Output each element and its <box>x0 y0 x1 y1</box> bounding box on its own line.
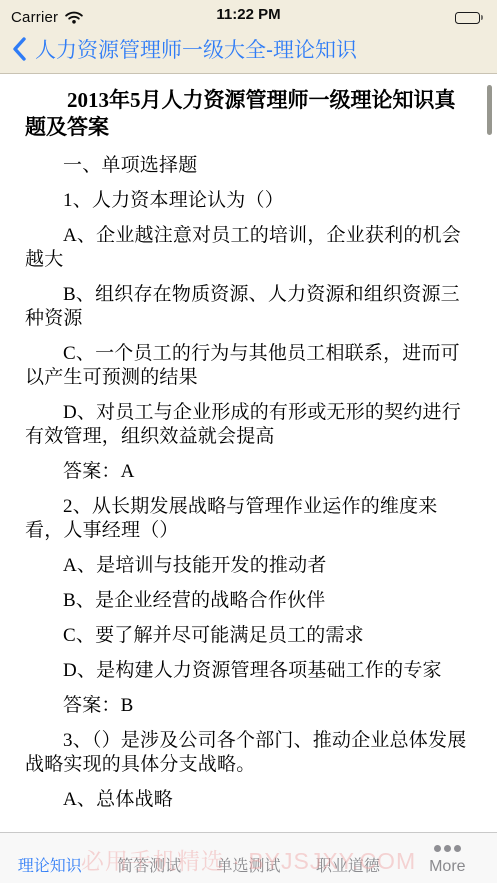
document-paragraph: C、一个员工的行为与其他员工相联系，进而可以产生可预测的结果 <box>25 342 470 390</box>
document-paragraph: B、组织存在物质资源、人力资源和组织资源三种资源 <box>25 283 470 331</box>
status-time: 11:22 PM <box>0 6 497 23</box>
document-paragraph: 3、（）是涉及公司各个部门、推动企业总体发展战略实现的具体分支战略。 <box>25 729 470 777</box>
document-paragraph: D、是构建人力资源管理各项基础工作的专家 <box>25 659 470 683</box>
tab-label: 职业道德 <box>298 853 397 876</box>
scrollbar-thumb[interactable] <box>487 85 492 135</box>
tab-bar: 理论知识简答测试单选测试职业道德More <box>0 832 497 883</box>
tab-label: 简答测试 <box>99 853 198 876</box>
document-title: 2013年5月人力资源管理师一级理论知识真题及答案 <box>25 87 470 141</box>
tab-professional-ethics[interactable]: 职业道德 <box>298 833 397 883</box>
tab-single-choice-test[interactable]: 单选测试 <box>199 833 298 883</box>
document-paragraph: 答案：A <box>25 460 470 484</box>
tab-theory-knowledge[interactable]: 理论知识 <box>0 833 99 883</box>
nav-title: 人力资源管理师一级大全-理论知识 <box>35 38 357 64</box>
tab-more[interactable]: More <box>398 833 497 883</box>
chevron-left-icon <box>12 37 26 66</box>
tab-label: 单选测试 <box>199 853 298 876</box>
document: 2013年5月人力资源管理师一级理论知识真题及答案 一、单项选择题1、人力资本理… <box>0 75 497 832</box>
document-paragraph: B、是企业经营的战略合作伙伴 <box>25 589 470 613</box>
document-paragraph: D、对员工与企业形成的有形或无形的契约进行有效管理，组织效益就会提高 <box>25 401 470 449</box>
document-paragraph: A、是培训与技能开发的推动者 <box>25 554 470 578</box>
document-paragraph: A、企业越注意对员工的培训，企业获利的机会越大 <box>25 224 470 272</box>
app-window: Carrier 11:22 PM 人力资源管理师一级大全-理论知识 2013年5 <box>0 0 497 883</box>
back-button[interactable] <box>12 37 26 66</box>
tab-short-answer-test[interactable]: 简答测试 <box>99 833 198 883</box>
document-paragraph: 一、单项选择题 <box>25 154 470 178</box>
document-paragraph: A、总体战略 <box>25 788 470 812</box>
tab-label: 理论知识 <box>0 853 99 876</box>
status-bar: Carrier 11:22 PM <box>0 0 497 33</box>
nav-bar: 人力资源管理师一级大全-理论知识 <box>0 33 497 74</box>
document-paragraph: C、要了解并尽可能满足员工的需求 <box>25 624 470 648</box>
battery-icon <box>455 12 483 24</box>
tab-label: More <box>398 858 497 876</box>
document-paragraph: 答案：B <box>25 694 470 718</box>
document-paragraph: 1、人力资本理论认为（） <box>25 189 470 213</box>
ellipsis-icon <box>398 845 497 852</box>
document-paragraph: 2、从长期发展战略与管理作业运作的维度来看，人事经理（） <box>25 495 470 543</box>
document-body: 一、单项选择题1、人力资本理论认为（）A、企业越注意对员工的培训，企业获利的机会… <box>25 154 470 812</box>
